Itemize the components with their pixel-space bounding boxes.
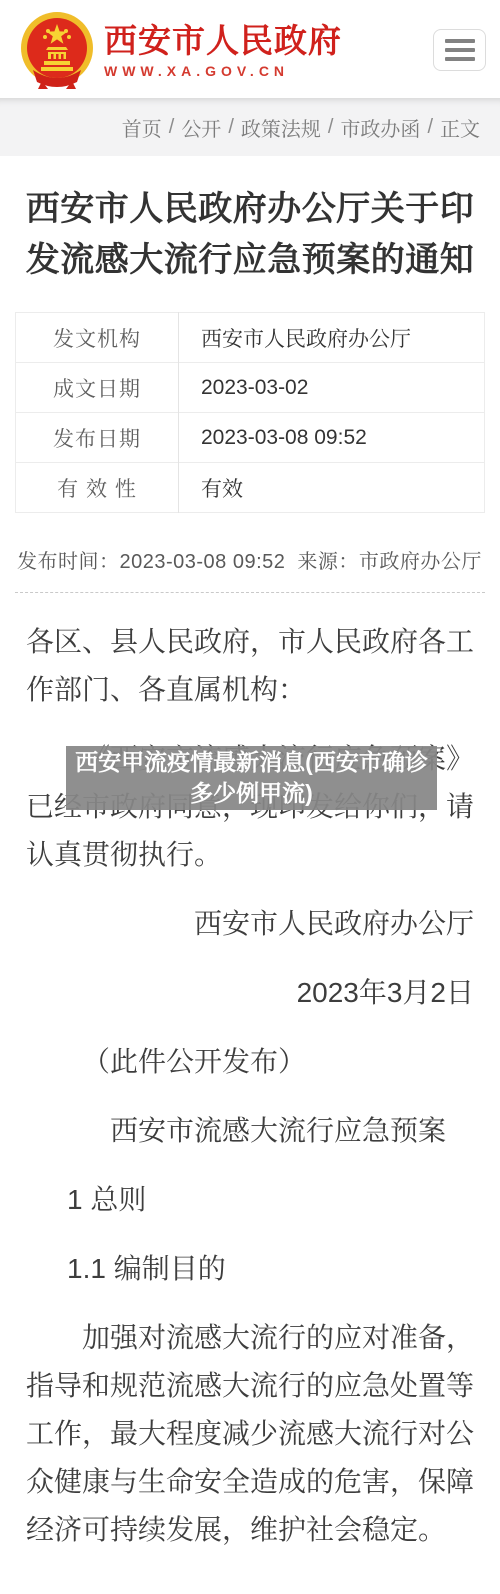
publish-time: 2023-03-08 09:52 <box>120 551 286 573</box>
breadcrumb-item-policy[interactable]: 政策法规 <box>241 113 321 142</box>
meta-label: 发布日期 <box>16 413 179 463</box>
breadcrumb-item-letters[interactable]: 市政办函 <box>340 113 420 142</box>
meta-value: 2023-03-08 09:52 <box>179 413 485 463</box>
hamburger-bar <box>445 57 475 61</box>
publish-time-label: 发布时间： <box>17 551 120 573</box>
source-label: 来源： <box>297 551 359 573</box>
hamburger-bar <box>445 39 475 43</box>
breadcrumb: 首页 / 公开 / 政策法规 / 市政办函 / 正文 <box>0 98 500 156</box>
paragraph-plan-title: 西安市流感大流行应急预案 <box>26 1107 474 1155</box>
site-header: 西安市人民政府 WWW.XA.GOV.CN <box>0 0 500 98</box>
site-url: WWW.XA.GOV.CN <box>104 63 342 79</box>
document-meta-table: 发文机构 西安市人民政府办公厅 成文日期 2023-03-02 发布日期 202… <box>15 312 485 513</box>
paragraph-issue-date: 2023年3月2日 <box>26 969 474 1017</box>
meta-label: 成文日期 <box>16 363 179 413</box>
hamburger-bar <box>445 48 475 52</box>
heading-section-1-1: 1.1 编制目的 <box>26 1245 474 1293</box>
paragraph-salutation: 各区、县人民政府，市人民政府各工作部门、各直属机构： <box>26 618 474 714</box>
meta-value: 2023-03-02 <box>179 363 485 413</box>
national-emblem-icon <box>18 10 96 90</box>
source-value: 市政府办公厅 <box>359 551 482 573</box>
publish-info-line: 发布时间：2023-03-08 09:52来源：市政府办公厅 <box>15 539 485 593</box>
paragraph-issuing-office: 西安市人民政府办公厅 <box>26 900 474 948</box>
meta-label: 发文机构 <box>16 313 179 363</box>
table-row: 发布日期 2023-03-08 09:52 <box>16 413 485 463</box>
breadcrumb-separator: / <box>169 116 175 139</box>
meta-value: 西安市人民政府办公厅 <box>179 313 485 363</box>
article-body: 各区、县人民政府，市人民政府各工作部门、各直属机构： 《西安市流感大流行应急预案… <box>0 593 500 1594</box>
meta-label: 有 效 性 <box>16 463 179 513</box>
watermark-overlay-badge: 西安甲流疫情最新消息(西安市确诊多少例甲流) <box>66 746 437 810</box>
table-row: 成文日期 2023-03-02 <box>16 363 485 413</box>
site-brand[interactable]: 西安市人民政府 WWW.XA.GOV.CN <box>104 22 342 79</box>
paragraph-public-release-note: （此件公开发布） <box>26 1038 474 1086</box>
hamburger-menu-button[interactable] <box>433 29 486 71</box>
document-title: 西安市人民政府办公厅关于印发流感大流行应急预案的通知 <box>12 184 488 286</box>
breadcrumb-separator: / <box>228 116 234 139</box>
breadcrumb-separator: / <box>427 116 433 139</box>
breadcrumb-item-open[interactable]: 公开 <box>181 113 221 142</box>
table-row: 有 效 性 有效 <box>16 463 485 513</box>
meta-value: 有效 <box>179 463 485 513</box>
table-row: 发文机构 西安市人民政府办公厅 <box>16 313 485 363</box>
paragraph-purpose: 加强对流感大流行的应对准备，指导和规范流感大流行的应急处置等工作，最大程度减少流… <box>26 1314 474 1554</box>
site-name: 西安市人民政府 <box>104 22 342 60</box>
breadcrumb-item-current: 正文 <box>440 113 480 142</box>
breadcrumb-separator: / <box>328 116 334 139</box>
heading-section-1: 1 总则 <box>26 1176 474 1224</box>
breadcrumb-item-home[interactable]: 首页 <box>122 113 162 142</box>
government-article-page: { "header": { "site_name": "西安市人民政府", "s… <box>0 0 500 1594</box>
